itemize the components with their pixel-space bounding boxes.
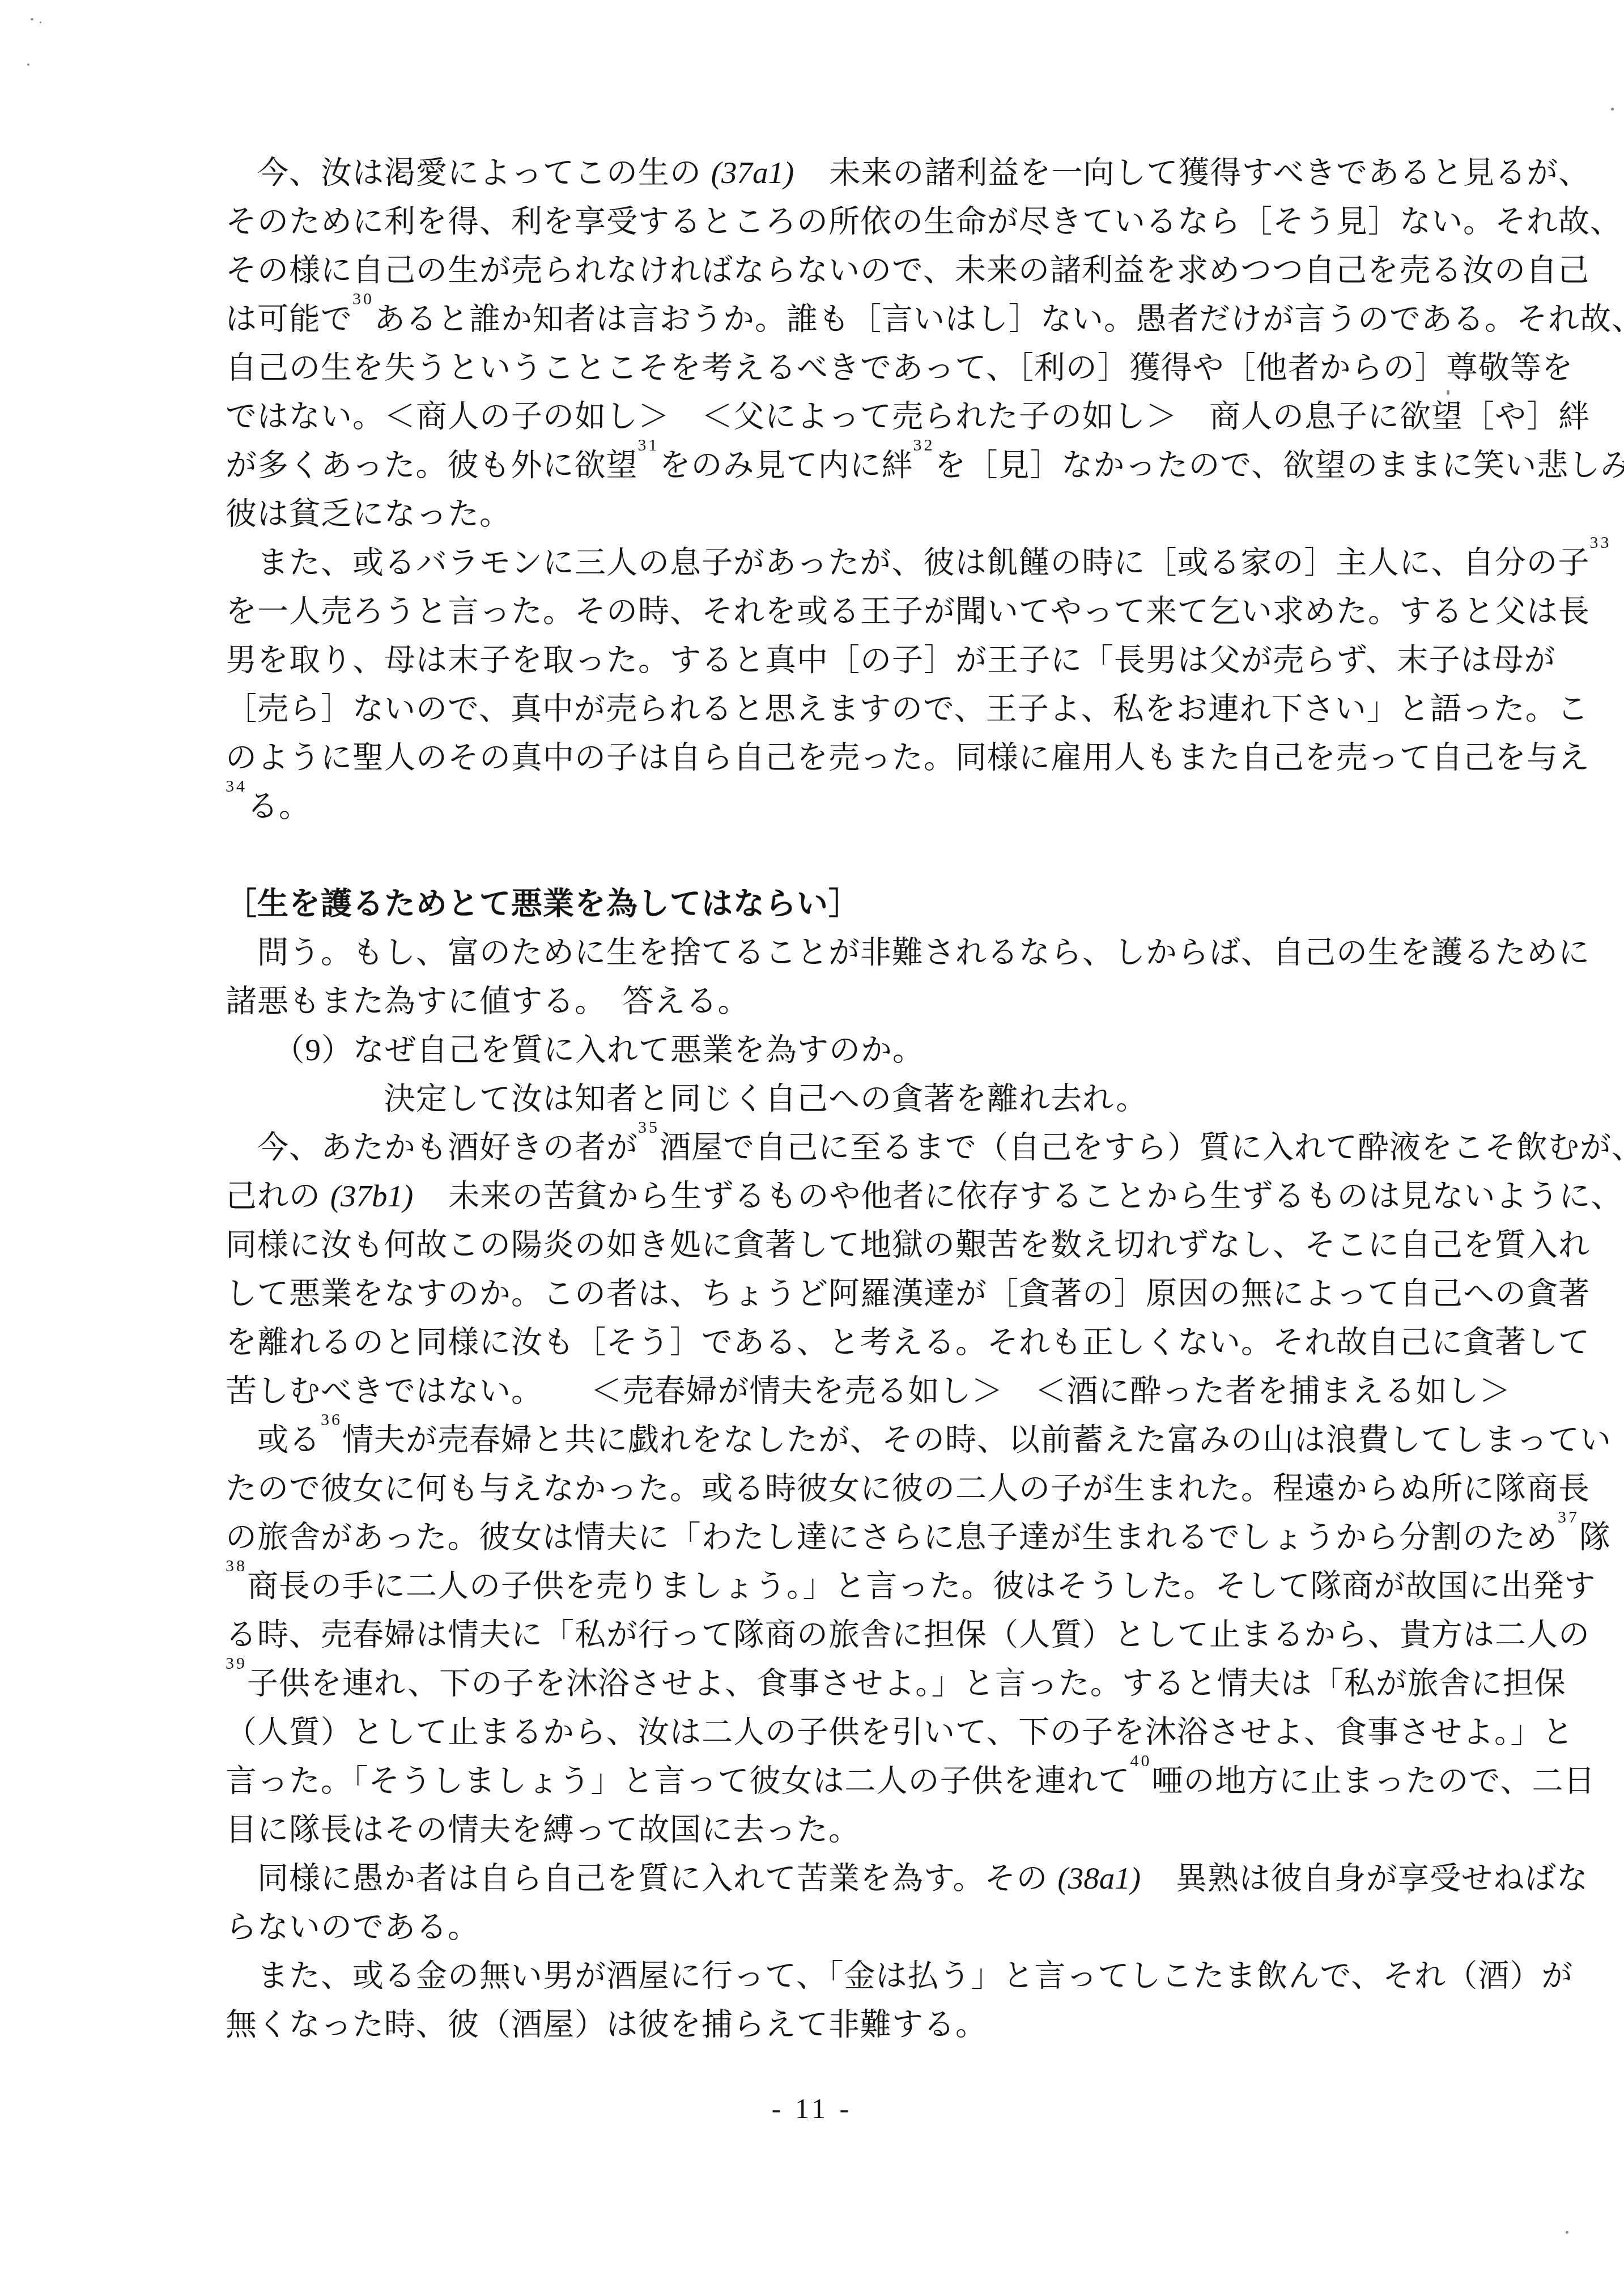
section-heading: ［生を護るためとて悪業を為してはならい］	[226, 879, 1438, 928]
text-line: 決定して汝は知者と同じく自己への貪著を離れ去れ。	[226, 1074, 1438, 1123]
scan-speck	[27, 63, 29, 66]
text-line: 今、あたかも酒好きの者が35酒屋で自己に至るまで（自己をすら）質に入れて酔液をこ…	[226, 1123, 1438, 1172]
text-line: して悪業をなすのか。この者は、ちょうど阿羅漢達が［貪著の］原因の無によって自己へ…	[226, 1269, 1438, 1318]
text-line: は可能で30あると誰か知者は言おうか。誰も［言いはし］ない。愚者だけが言うのであ…	[226, 295, 1438, 343]
folio-reference: (38a1)	[1056, 1861, 1144, 1895]
text-line: ではない。＜商人の子の如し＞ ＜父によって売られた子の如し＞ 商人の息子に欲望［…	[226, 392, 1438, 441]
text-line: 諸悪もまた為すに値する。 答える。	[226, 977, 1438, 1026]
footnote-number: 35	[638, 1119, 660, 1136]
text-line: たので彼女に何も与えなかった。或る時彼女に彼の二人の子が生まれた。程遠からぬ所に…	[226, 1464, 1438, 1513]
text-line: ［売ら］ないので、真中が売られると思えますので、王子よ、私をお連れ下さい」と語っ…	[226, 684, 1438, 733]
text-line: 同様に愚か者は自ら自己を質に入れて苦業を為す。その (38a1) 異熟は彼自身が…	[226, 1854, 1438, 1903]
page-number: - 11 -	[0, 2092, 1624, 2125]
folio-reference: (37b1)	[329, 1179, 417, 1213]
text-line: 今、汝は渇愛によってこの生の (37a1) 未来の諸利益を一向して獲得すべきであ…	[226, 148, 1438, 197]
text-line: 無くなった時、彼（酒屋）は彼を捕らえて非難する。	[226, 2000, 1438, 2049]
footnote-number: 34	[226, 778, 247, 795]
text-line: を一人売ろうと言った。その時、それを或る王子が聞いてやって来て乞い求めた。すると…	[226, 587, 1438, 636]
blank-line	[226, 831, 1438, 879]
footnote-number: 36	[321, 1411, 342, 1428]
text-line: 38商長の手に二人の子供を売りましょう。」と言った。彼はそうした。そして隊商が故…	[226, 1562, 1438, 1610]
text-line: 彼は貧乏になった。	[226, 490, 1438, 538]
text-line: 39子供を連れ、下の子を沐浴させよ、食事させよ。」と言った。すると情夫は「私が旅…	[226, 1659, 1438, 1708]
footnote-number: 31	[637, 437, 659, 454]
text-line: 同様に汝も何故この陽炎の如き処に貪著して地獄の艱苦を数え切れずなし、そこに自己を…	[226, 1221, 1438, 1269]
scan-speck	[31, 18, 33, 20]
text-line: が多くあった。彼も外に欲望31をのみ見て内に絆32を［見］なかったので、欲望のま…	[226, 441, 1438, 490]
footnote-number: 32	[913, 437, 934, 454]
text-line: 問う。もし、富のために生を捨てることが非難されるなら、しからば、自己の生を護るた…	[226, 928, 1438, 977]
text-line: らないのである。	[226, 1903, 1438, 1951]
footnote-number: 33	[1589, 534, 1611, 551]
text-line: 苦しむべきではない。 ＜売春婦が情夫を売る如し＞ ＜酒に酔った者を捕まえる如し＞	[226, 1367, 1438, 1415]
text-line: また、或る金の無い男が酒屋に行って、「金は払う」と言ってしこたま飲んで、それ（酒…	[226, 1951, 1438, 2000]
text-line: 34る。	[226, 782, 1438, 831]
text-line: 己れの (37b1) 未来の苦貧から生ずるものや他者に依存することから生ずるもの…	[226, 1172, 1438, 1221]
text-line: 目に隊長はその情夫を縛って故国に去った。	[226, 1805, 1438, 1854]
footnote-number: 37	[1558, 1509, 1579, 1526]
folio-reference: (37a1)	[710, 155, 798, 190]
text-line: 男を取り、母は末子を取った。すると真中［の子］が王子に「長男は父が売らず、末子は…	[226, 636, 1438, 684]
scan-speck	[1447, 390, 1449, 395]
scan-speck	[1566, 2231, 1568, 2234]
footnote-number: 30	[352, 291, 374, 308]
footnote-number: 39	[226, 1655, 247, 1672]
text-line: （人質）として止まるから、汝は二人の子供を引いて、下の子を沐浴させよ、食事させよ…	[226, 1708, 1438, 1757]
text-line: （9）なぜ自己を質に入れて悪業を為すのか。	[226, 1026, 1438, 1074]
scan-speck	[1611, 108, 1614, 110]
text-line: 自己の生を失うということこそを考えるべきであって、［利の］獲得や［他者からの］尊…	[226, 343, 1438, 392]
text-line: また、或るバラモンに三人の息子があったが、彼は飢饉の時に［或る家の］主人に、自分…	[226, 538, 1438, 587]
text-line: そのために利を得、利を享受するところの所依の生命が尽きているなら［そう見］ない。…	[226, 197, 1438, 246]
text-line: の旅舎があった。彼女は情夫に「わたし達にさらに息子達が生まれるでしょうから分割の…	[226, 1513, 1438, 1562]
text-line: その様に自己の生が売られなければならないので、未来の諸利益を求めつつ自己を売る汝…	[226, 246, 1438, 295]
text-line: る時、売春婦は情夫に「私が行って隊商の旅舎に担保（人質）として止まるから、貴方は…	[226, 1610, 1438, 1659]
scan-speck	[1408, 1890, 1410, 1894]
text-line: 或る36情夫が売春婦と共に戯れをなしたが、その時、以前蓄えた富みの山は浪費してし…	[226, 1415, 1438, 1464]
footnote-number: 40	[1130, 1753, 1152, 1770]
text-line: 言った。「そうしましょう」と言って彼女は二人の子供を連れて40唖の地方に止まった…	[226, 1757, 1438, 1805]
scan-speck	[40, 22, 41, 23]
document-page: 今、汝は渇愛によってこの生の (37a1) 未来の諸利益を一向して獲得すべきであ…	[0, 0, 1624, 2296]
footnote-number: 38	[226, 1558, 247, 1575]
text-block: 今、汝は渇愛によってこの生の (37a1) 未来の諸利益を一向して獲得すべきであ…	[226, 148, 1438, 2049]
text-line: のように聖人のその真中の子は自ら自己を売った。同様に雇用人もまた自己を売って自己…	[226, 733, 1438, 782]
text-line: を離れるのと同様に汝も［そう］である、と考える。それも正しくない。それ故自己に貪…	[226, 1318, 1438, 1367]
